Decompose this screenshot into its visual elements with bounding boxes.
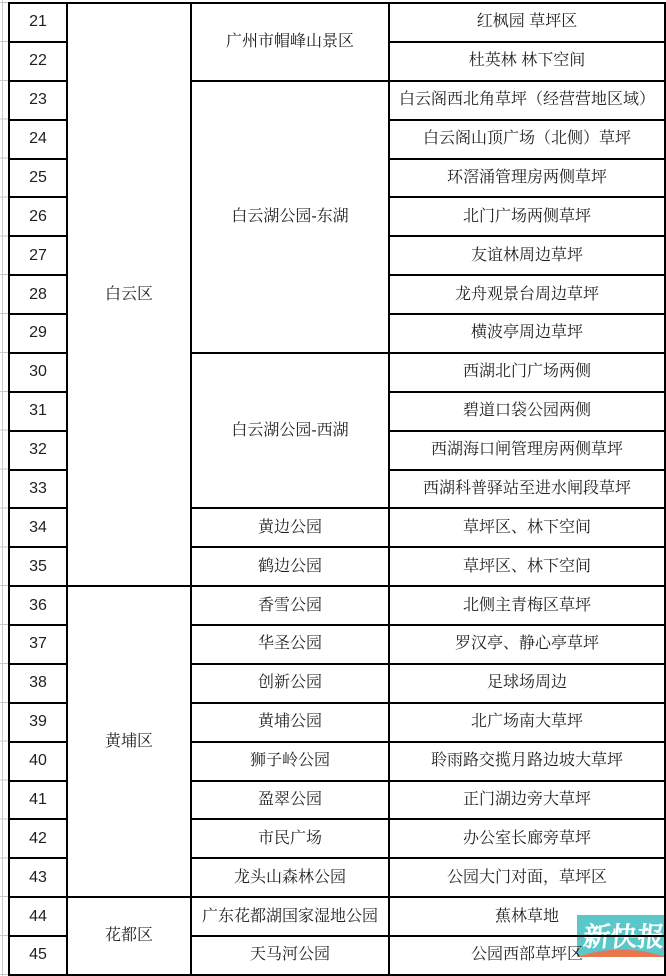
row-number-cell: 22 bbox=[9, 42, 67, 81]
row-number-cell: 29 bbox=[9, 314, 67, 353]
park-cell: 白云湖公园-东湖 bbox=[191, 81, 389, 353]
row-number-cell: 43 bbox=[9, 858, 67, 897]
location-cell: 北门广场两侧草坪 bbox=[389, 197, 665, 236]
location-cell: 北侧主青梅区草坪 bbox=[389, 586, 665, 625]
row-number-cell: 38 bbox=[9, 664, 67, 703]
district-cell: 白云区 bbox=[67, 3, 191, 586]
location-cell: 友谊林周边草坪 bbox=[389, 236, 665, 275]
row-number-cell: 26 bbox=[9, 197, 67, 236]
district-cell: 花都区 bbox=[67, 897, 191, 975]
location-cell: 西湖科普驿站至进水闸段草坪 bbox=[389, 470, 665, 509]
spreadsheet-gridline-ticks bbox=[0, 2, 8, 976]
park-cell: 白云湖公园-西湖 bbox=[191, 353, 389, 509]
park-cell: 创新公园 bbox=[191, 664, 389, 703]
park-cell: 香雪公园 bbox=[191, 586, 389, 625]
row-number-cell: 28 bbox=[9, 275, 67, 314]
row-number-cell: 45 bbox=[9, 936, 67, 975]
row-number-cell: 35 bbox=[9, 547, 67, 586]
location-cell: 白云阁山顶广场（北侧）草坪 bbox=[389, 120, 665, 159]
location-cell: 西湖北门广场两侧 bbox=[389, 353, 665, 392]
location-cell: 白云阁西北角草坪（经营营地区域） bbox=[389, 81, 665, 120]
district-cell: 黄埔区 bbox=[67, 586, 191, 897]
park-cell: 广州市帽峰山景区 bbox=[191, 3, 389, 81]
location-cell: 公园西部草坪区 bbox=[389, 936, 665, 975]
park-cell: 盈翠公园 bbox=[191, 781, 389, 820]
row-number-cell: 33 bbox=[9, 470, 67, 509]
page: 新快报 21 白云区 广州市帽峰山景区 红枫园 草坪区 22 杜英林 林下空间 … bbox=[0, 0, 666, 976]
row-number-cell: 39 bbox=[9, 703, 67, 742]
park-cell: 狮子岭公园 bbox=[191, 742, 389, 781]
location-cell: 西湖海口闸管理房两侧草坪 bbox=[389, 431, 665, 470]
location-cell: 杜英林 林下空间 bbox=[389, 42, 665, 81]
lawn-area-table: 21 白云区 广州市帽峰山景区 红枫园 草坪区 22 杜英林 林下空间 23 白… bbox=[8, 2, 666, 976]
table-row: 44 花都区 广东花都湖国家湿地公园 蕉林草地 bbox=[9, 897, 665, 936]
park-cell: 黄埔公园 bbox=[191, 703, 389, 742]
park-cell: 广东花都湖国家湿地公园 bbox=[191, 897, 389, 936]
row-number-cell: 40 bbox=[9, 742, 67, 781]
location-cell: 红枫园 草坪区 bbox=[389, 3, 665, 42]
table-row: 36 黄埔区 香雪公园 北侧主青梅区草坪 bbox=[9, 586, 665, 625]
row-number-cell: 37 bbox=[9, 625, 67, 664]
park-cell: 华圣公园 bbox=[191, 625, 389, 664]
location-cell: 足球场周边 bbox=[389, 664, 665, 703]
row-number-cell: 34 bbox=[9, 508, 67, 547]
row-number-cell: 23 bbox=[9, 81, 67, 120]
park-cell: 龙头山森林公园 bbox=[191, 858, 389, 897]
park-cell: 市民广场 bbox=[191, 819, 389, 858]
location-cell: 龙舟观景台周边草坪 bbox=[389, 275, 665, 314]
location-cell: 环滘涌管理房两侧草坪 bbox=[389, 159, 665, 198]
row-number-cell: 31 bbox=[9, 392, 67, 431]
row-number-cell: 36 bbox=[9, 586, 67, 625]
location-cell: 正门湖边旁大草坪 bbox=[389, 781, 665, 820]
park-cell: 天马河公园 bbox=[191, 936, 389, 975]
row-number-cell: 41 bbox=[9, 781, 67, 820]
location-cell: 草坪区、林下空间 bbox=[389, 508, 665, 547]
park-cell: 鹤边公园 bbox=[191, 547, 389, 586]
row-number-cell: 24 bbox=[9, 120, 67, 159]
location-cell: 聆雨路交揽月路边坡大草坪 bbox=[389, 742, 665, 781]
row-number-cell: 42 bbox=[9, 819, 67, 858]
row-number-cell: 32 bbox=[9, 431, 67, 470]
row-number-cell: 27 bbox=[9, 236, 67, 275]
row-number-cell: 30 bbox=[9, 353, 67, 392]
location-cell: 公园大门对面，草坪区 bbox=[389, 858, 665, 897]
row-number-cell: 21 bbox=[9, 3, 67, 42]
row-number-cell: 25 bbox=[9, 159, 67, 198]
location-cell: 罗汉亭、静心亭草坪 bbox=[389, 625, 665, 664]
location-cell: 办公室长廊旁草坪 bbox=[389, 819, 665, 858]
table-row: 21 白云区 广州市帽峰山景区 红枫园 草坪区 bbox=[9, 3, 665, 42]
location-cell: 草坪区、林下空间 bbox=[389, 547, 665, 586]
location-cell: 北广场南大草坪 bbox=[389, 703, 665, 742]
park-cell: 黄边公园 bbox=[191, 508, 389, 547]
location-cell: 蕉林草地 bbox=[389, 897, 665, 936]
row-number-cell: 44 bbox=[9, 897, 67, 936]
location-cell: 横波亭周边草坪 bbox=[389, 314, 665, 353]
location-cell: 碧道口袋公园两侧 bbox=[389, 392, 665, 431]
